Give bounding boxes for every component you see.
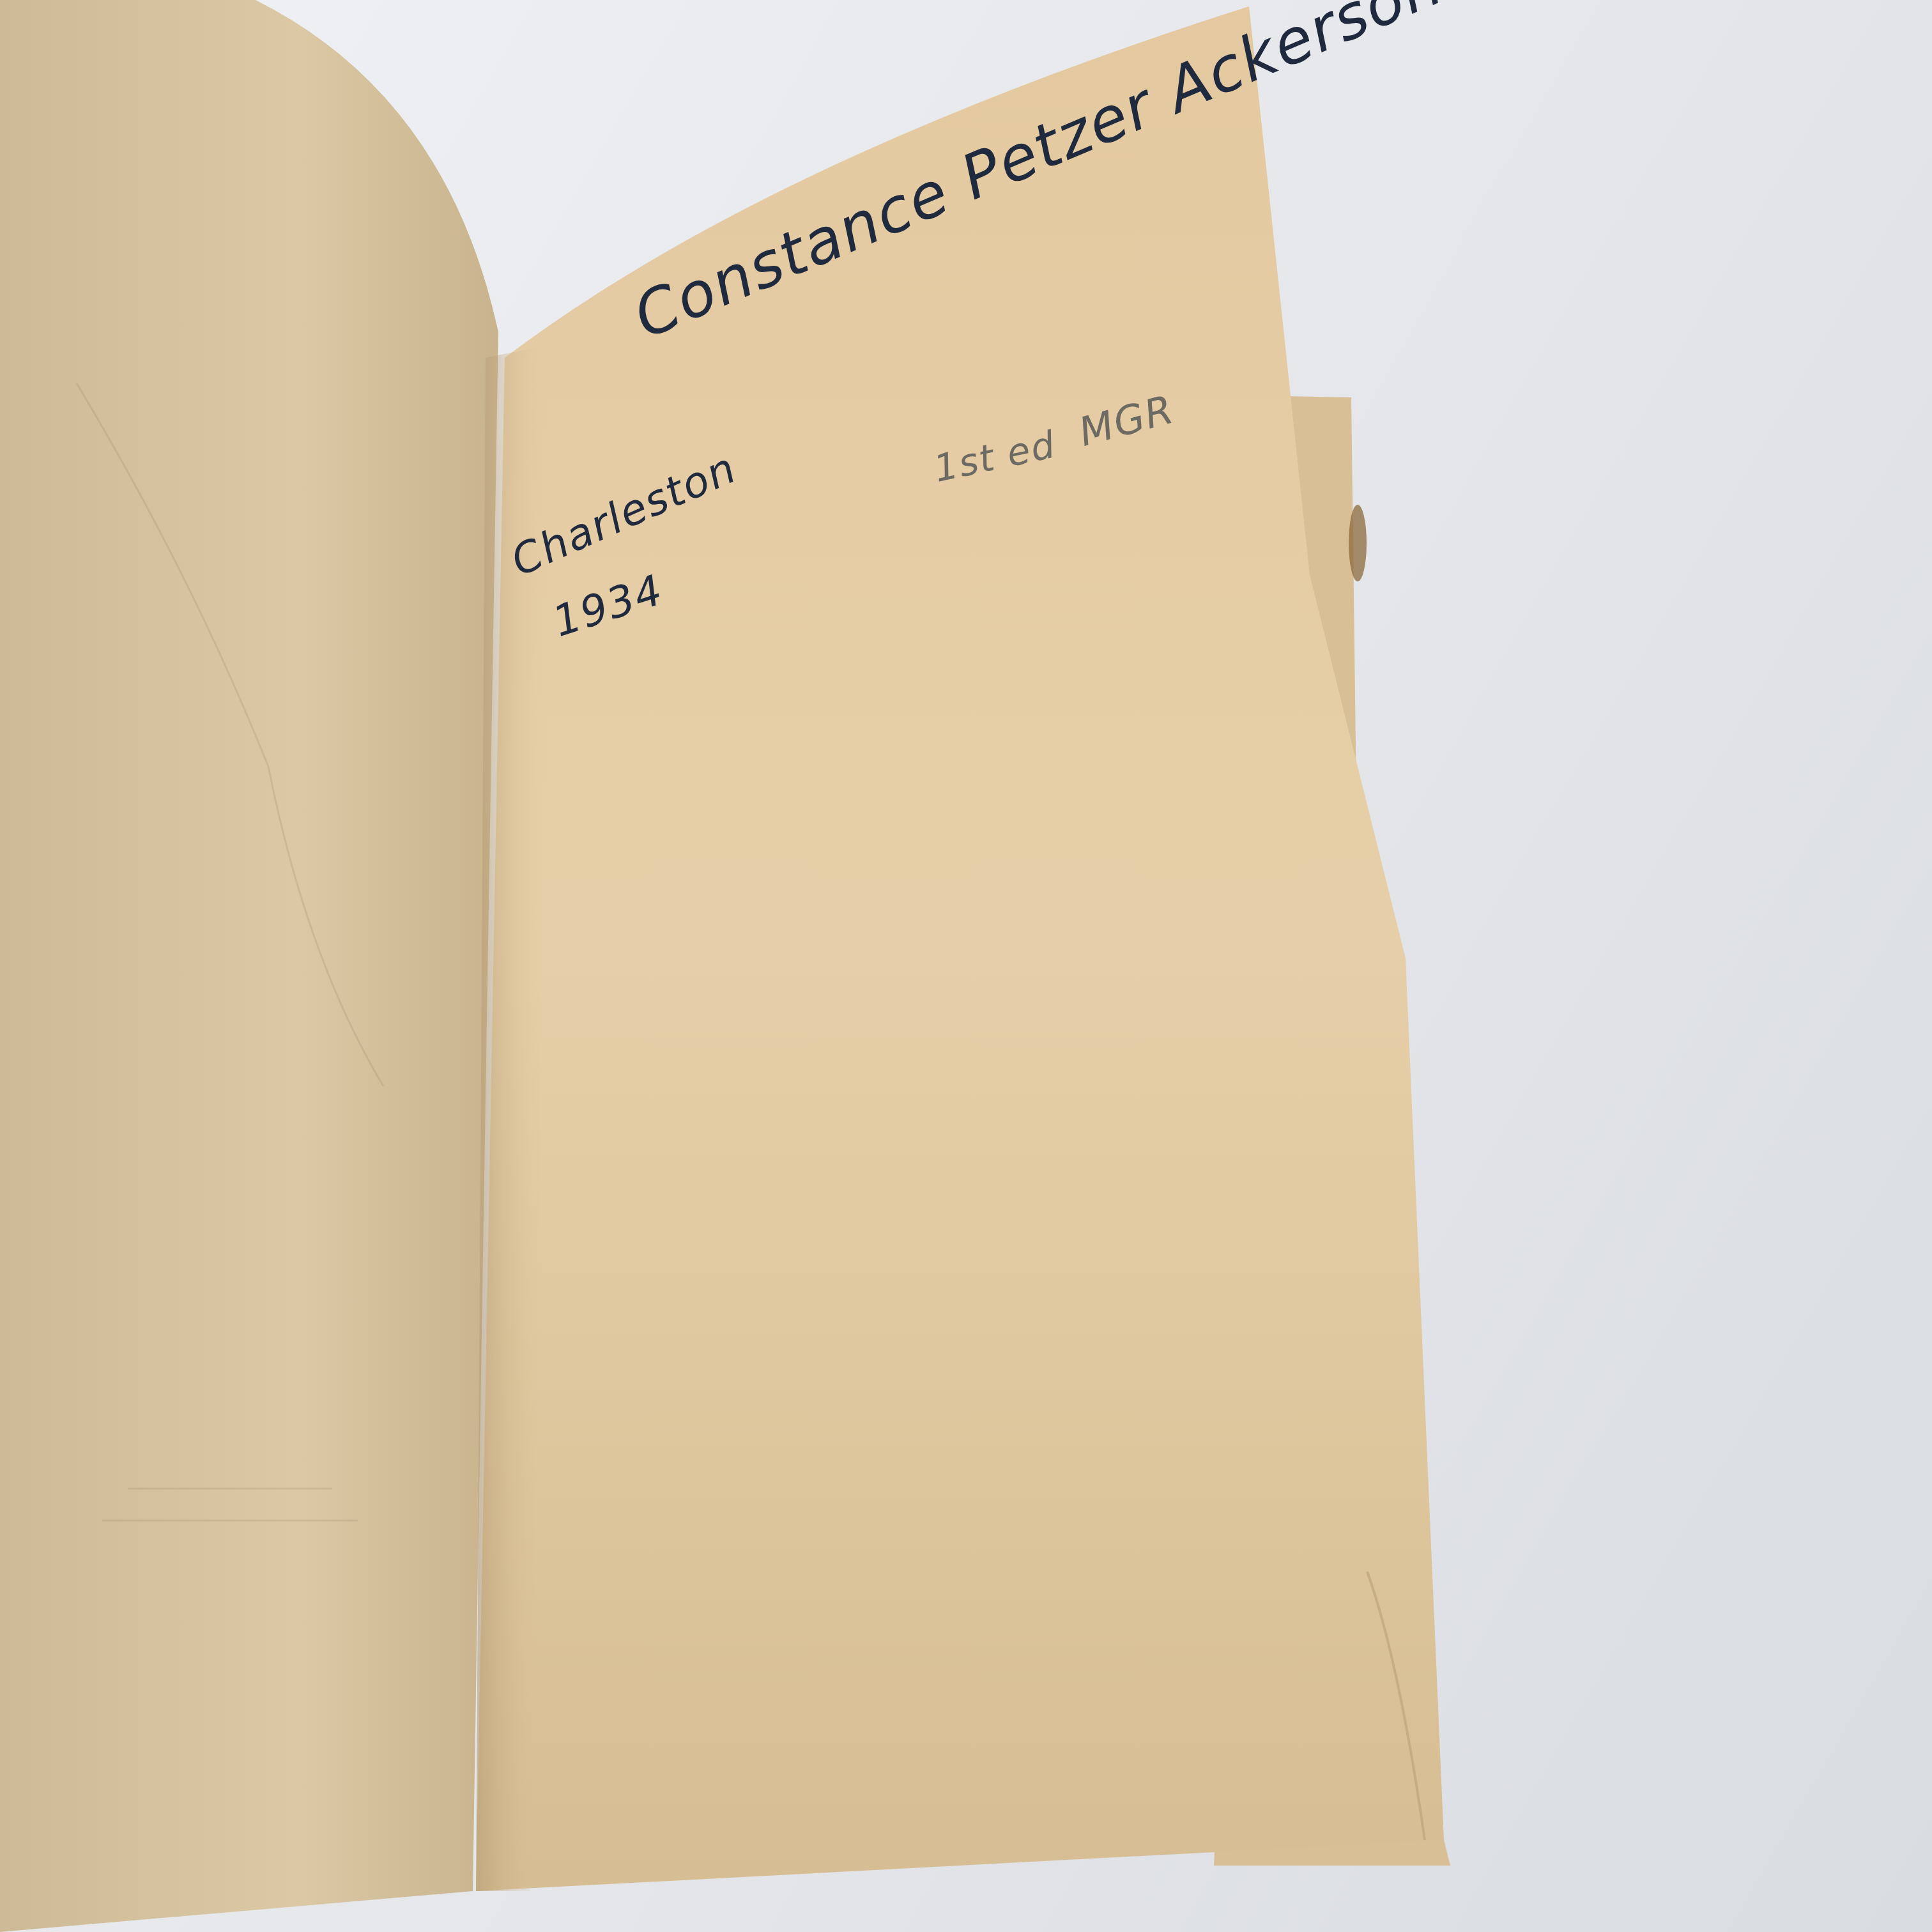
open-book xyxy=(0,0,1932,1932)
right-page-endpaper xyxy=(476,6,1444,1891)
page-stain xyxy=(1349,505,1367,581)
left-page xyxy=(0,0,498,1932)
